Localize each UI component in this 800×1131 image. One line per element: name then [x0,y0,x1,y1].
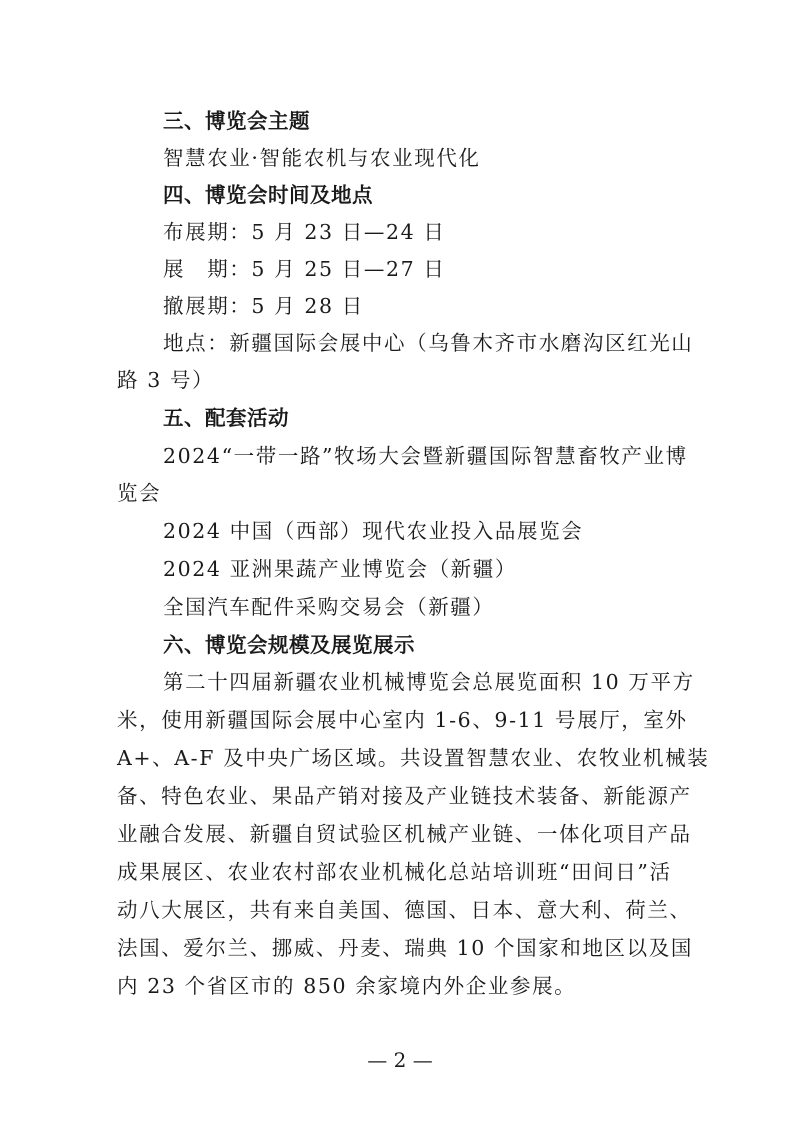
scale-paragraph-line: 业融合发展、新疆自贸试验区机械产业链、一体化项目产品 [117,816,683,853]
activity-item: 2024“一带一路”牧场大会暨新疆国际智慧畜牧产业博 [163,438,729,475]
location-text: 地点：新疆国际会展中心（乌鲁木齐市水磨沟区红光山 [163,325,729,362]
section-heading-time-location: 四、博览会时间及地点 [163,177,729,214]
document-page: 三、博览会主题 智慧农业·智能农机与农业现代化 四、博览会时间及地点 布展期：5… [0,0,800,1131]
location-text-cont: 路 3 号） [117,362,683,399]
activity-item-cont: 览会 [117,475,683,512]
scale-paragraph-line: 动八大展区，共有来自美国、德国、日本、意大利、荷兰、 [117,892,683,929]
exhibition-period: 展 期：5 月 25 日—27 日 [163,251,729,288]
page-number: — 2 — [0,1045,800,1075]
scale-paragraph-line: A+、A-F 及中央广场区域。共设置智慧农业、农牧业机械装 [117,740,683,777]
scale-paragraph-line: 法国、爱尔兰、挪威、丹麦、瑞典 10 个国家和地区以及国 [117,930,683,967]
activity-item: 2024 亚洲果蔬产业博览会（新疆） [163,551,729,588]
theme-text: 智慧农业·智能农机与农业现代化 [163,140,729,177]
teardown-period: 撤展期：5 月 28 日 [163,288,729,325]
setup-period: 布展期：5 月 23 日—24 日 [163,214,729,251]
activity-item: 全国汽车配件采购交易会（新疆） [163,589,729,626]
scale-paragraph-line: 第二十四届新疆农业机械博览会总展览面积 10 万平方 [163,664,729,701]
section-heading-theme: 三、博览会主题 [163,103,729,140]
scale-paragraph-line: 米，使用新疆国际会展中心室内 1-6、9-11 号展厅，室外 [117,702,683,739]
scale-paragraph-line: 备、特色农业、果品产销对接及产业链技术装备、新能源产 [117,778,683,815]
scale-paragraph-line: 成果展区、农业农村部农业机械化总站培训班“田间日”活 [117,854,683,891]
section-heading-scale: 六、博览会规模及展览展示 [163,627,729,664]
activity-item: 2024 中国（西部）现代农业投入品展览会 [163,513,729,550]
scale-paragraph-line: 内 23 个省区市的 850 余家境内外企业参展。 [117,968,683,1005]
section-heading-activities: 五、配套活动 [163,400,729,437]
